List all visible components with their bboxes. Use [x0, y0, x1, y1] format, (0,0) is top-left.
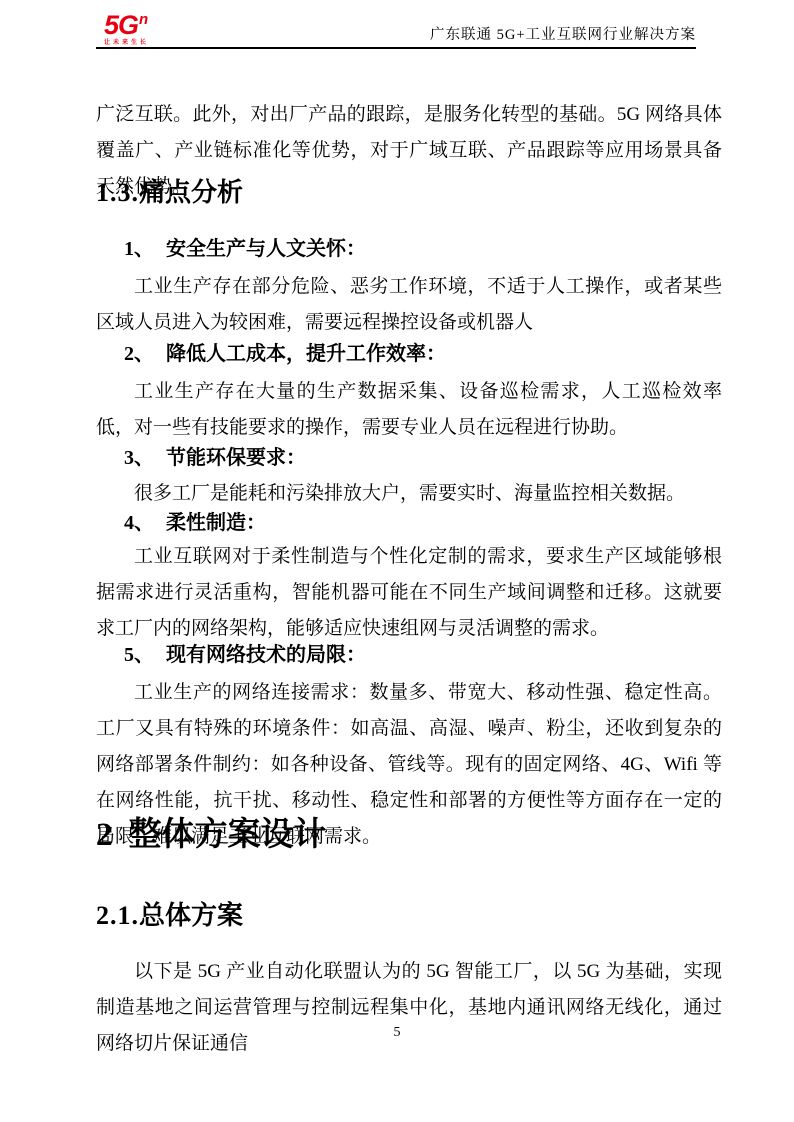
item-3-number: 3、: [124, 447, 154, 469]
item-4-number: 4、: [124, 512, 154, 534]
section-1-3-heading: 1.3.痛点分析: [96, 175, 722, 210]
logo-5g-text: 5G: [104, 10, 138, 40]
item-5-label: 现有网络技术的局限：: [166, 644, 366, 666]
pain-point-item-3-heading-block: 3、节能环保要求：: [96, 443, 722, 474]
chapter-2-number: 2: [96, 817, 113, 853]
pain-point-item-1-heading: 1、安全生产与人文关怀：: [96, 234, 722, 265]
logo-superscript-n: n: [139, 11, 148, 28]
pain-point-item-4-body: 工业互联网对于柔性制造与个性化定制的需求，要求生产区域能够根据需求进行灵活重构，…: [96, 539, 722, 647]
section-1-3-title: 痛点分析: [139, 177, 243, 207]
section-2-1-paragraph: 以下是 5G 产业自动化联盟认为的 5G 智能工厂，以 5G 为基础，实现制造基…: [96, 954, 722, 1062]
pain-point-item-2-heading-block: 2、降低人工成本，提升工作效率：: [96, 339, 722, 370]
pain-point-item-3-heading: 3、节能环保要求：: [96, 443, 722, 474]
section-2-1-title: 总体方案: [139, 900, 243, 930]
pain-point-item-2-body-block: 工业生产存在大量的生产数据采集、设备巡检需求，人工巡检效率低，对一些有技能要求的…: [96, 374, 722, 446]
pain-point-item-3-body-block: 很多工厂是能耗和污染排放大户，需要实时、海量监控相关数据。: [96, 476, 722, 512]
item-1-label: 安全生产与人文关怀：: [166, 238, 366, 260]
item-5-number: 5、: [124, 644, 154, 666]
pain-point-item-1-body: 工业生产存在部分危险、恶劣工作环境，不适于人工操作，或者某些区域人员进入为较困难…: [96, 269, 722, 341]
item-1-number: 1、: [124, 238, 154, 260]
section-2-1-heading-block: 2.1.总体方案: [96, 898, 722, 933]
page-number: 5: [0, 1024, 794, 1042]
item-2-label: 降低人工成本，提升工作效率：: [166, 343, 446, 365]
item-3-label: 节能环保要求：: [166, 447, 306, 469]
item-2-number: 2、: [124, 343, 154, 365]
document-page: 5Gn 让未来生长 广东联通 5G+工业互联网行业解决方案 广泛互联。此外，对出…: [0, 0, 794, 1122]
page-header: 5Gn 让未来生长 广东联通 5G+工业互联网行业解决方案: [96, 10, 696, 49]
chapter-2-heading: 2整体方案设计: [96, 812, 722, 857]
pain-point-item-4-heading-block: 4、柔性制造：: [96, 508, 722, 539]
pain-point-item-5-heading: 5、现有网络技术的局限：: [96, 640, 722, 671]
pain-point-item-4-body-block: 工业互联网对于柔性制造与个性化定制的需求，要求生产区域能够根据需求进行灵活重构，…: [96, 539, 722, 647]
logo-wordmark: 5Gn: [104, 12, 149, 39]
chapter-2-title: 整体方案设计: [129, 815, 327, 852]
pain-point-item-4-heading: 4、柔性制造：: [96, 508, 722, 539]
pain-point-item-2-heading: 2、降低人工成本，提升工作效率：: [96, 339, 722, 370]
chapter-2-heading-block: 2整体方案设计: [96, 812, 722, 857]
item-4-label: 柔性制造：: [166, 512, 266, 534]
pain-point-item-1-body-block: 工业生产存在部分危险、恶劣工作环境，不适于人工操作，或者某些区域人员进入为较困难…: [96, 269, 722, 341]
section-1-3-number: 1.3.: [96, 178, 139, 207]
pain-point-item-2-body: 工业生产存在大量的生产数据采集、设备巡检需求，人工巡检效率低，对一些有技能要求的…: [96, 374, 722, 446]
pain-point-item-3-body: 很多工厂是能耗和污染排放大户，需要实时、海量监控相关数据。: [96, 476, 722, 512]
pain-point-item-5-heading-block: 5、现有网络技术的局限：: [96, 640, 722, 671]
section-2-1-number: 2.1.: [96, 901, 139, 930]
section-2-1-heading: 2.1.总体方案: [96, 898, 722, 933]
section-1-3-heading-block: 1.3.痛点分析: [96, 175, 722, 210]
section-2-1-paragraph-block: 以下是 5G 产业自动化联盟认为的 5G 智能工厂，以 5G 为基础，实现制造基…: [96, 954, 722, 1062]
unicom-5g-logo: 5Gn 让未来生长: [96, 12, 149, 47]
logo-slogan: 让未来生长: [104, 40, 149, 46]
pain-point-item-1-heading-block: 1、安全生产与人文关怀：: [96, 234, 722, 265]
header-document-title: 广东联通 5G+工业互联网行业解决方案: [430, 23, 696, 47]
